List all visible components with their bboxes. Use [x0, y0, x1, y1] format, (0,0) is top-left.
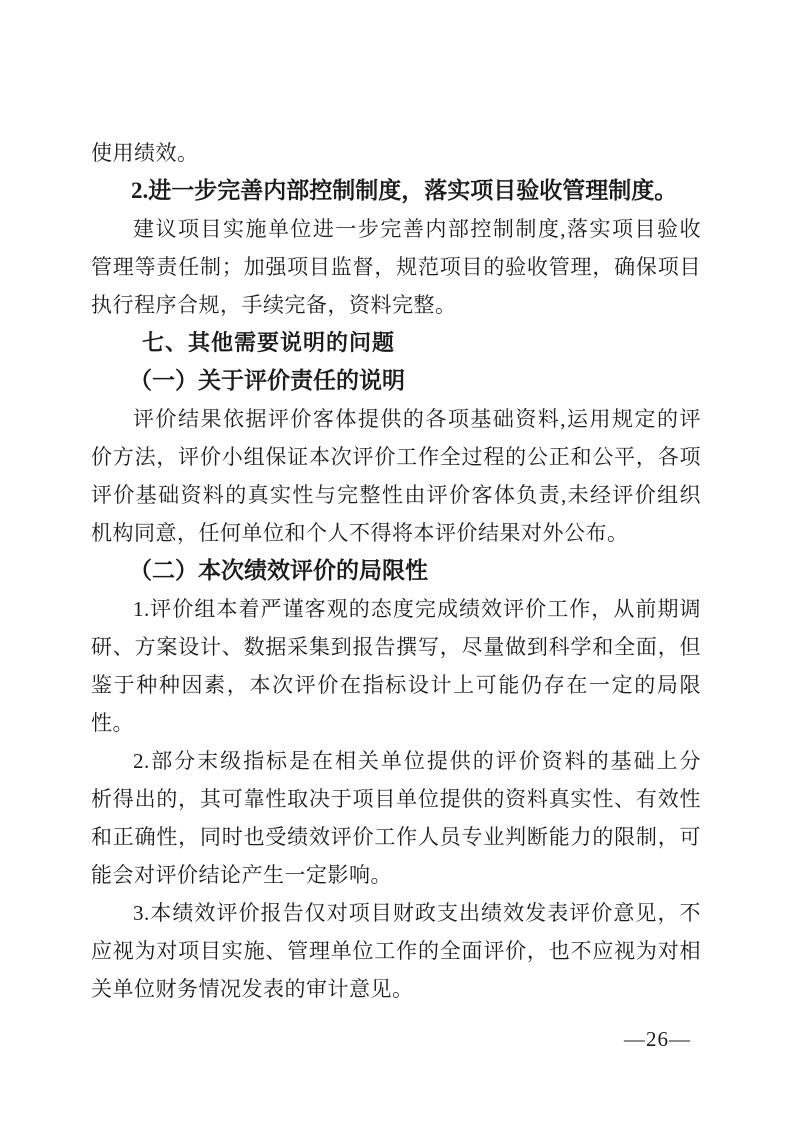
body-text-line: 和正确性，同时也受绩效评价工作人员专业判断能力的限制，可	[91, 818, 701, 856]
body-text-line: 能会对评价结论产生一定影响。	[91, 856, 701, 894]
body-text-line: 鉴于种种因素，本次评价在指标设计上可能仍存在一定的局限	[91, 666, 701, 704]
body-text-line: 2.部分末级指标是在相关单位提供的评价资料的基础上分	[91, 742, 701, 780]
body-text-line: 评价基础资料的真实性与完整性由评价客体负责,未经评价组织	[91, 476, 701, 514]
body-text-line: 3.本绩效评价报告仅对项目财政支出绩效发表评价意见，不	[91, 894, 701, 932]
section-heading: 七、其他需要说明的问题	[91, 324, 701, 362]
body-text-line: 建议项目实施单位进一步完善内部控制制度,落实项目验收	[91, 210, 701, 248]
body-text-line: 1.评价组本着严谨客观的态度完成绩效评价工作，从前期调	[91, 590, 701, 628]
body-text-line: 性。	[91, 704, 701, 742]
body-text-line: 价方法，评价小组保证本次评价工作全过程的公正和公平，各项	[91, 438, 701, 476]
body-text-line: 执行程序合规，手续完备，资料完整。	[91, 286, 701, 324]
subsection-heading: （二）本次绩效评价的局限性	[91, 552, 701, 590]
body-text-line: 研、方案设计、数据采集到报告撰写，尽量做到科学和全面，但	[91, 628, 701, 666]
body-text-line: 机构同意，任何单位和个人不得将本评价结果对外公布。	[91, 514, 701, 552]
body-text-line: 应视为对项目实施、管理单位工作的全面评价，也不应视为对相	[91, 932, 701, 970]
body-text-line: 关单位财务情况发表的审计意见。	[91, 970, 701, 1008]
body-text-line: 使用绩效。	[91, 134, 701, 172]
body-text-line: 评价结果依据评价客体提供的各项基础资料,运用规定的评	[91, 400, 701, 438]
subsection-heading: （一）关于评价责任的说明	[91, 362, 701, 400]
paragraph-heading: 2.进一步完善内部控制制度，落实项目验收管理制度。	[91, 172, 701, 210]
body-text-line: 管理等责任制；加强项目监督，规范项目的验收管理，确保项目	[91, 248, 701, 286]
body-text-line: 析得出的，其可靠性取决于项目单位提供的资料真实性、有效性	[91, 780, 701, 818]
page-number: —26—	[624, 1024, 691, 1054]
document-content: 使用绩效。2.进一步完善内部控制制度，落实项目验收管理制度。建议项目实施单位进一…	[91, 134, 701, 1008]
document-page: 使用绩效。2.进一步完善内部控制制度，落实项目验收管理制度。建议项目实施单位进一…	[0, 0, 793, 1122]
